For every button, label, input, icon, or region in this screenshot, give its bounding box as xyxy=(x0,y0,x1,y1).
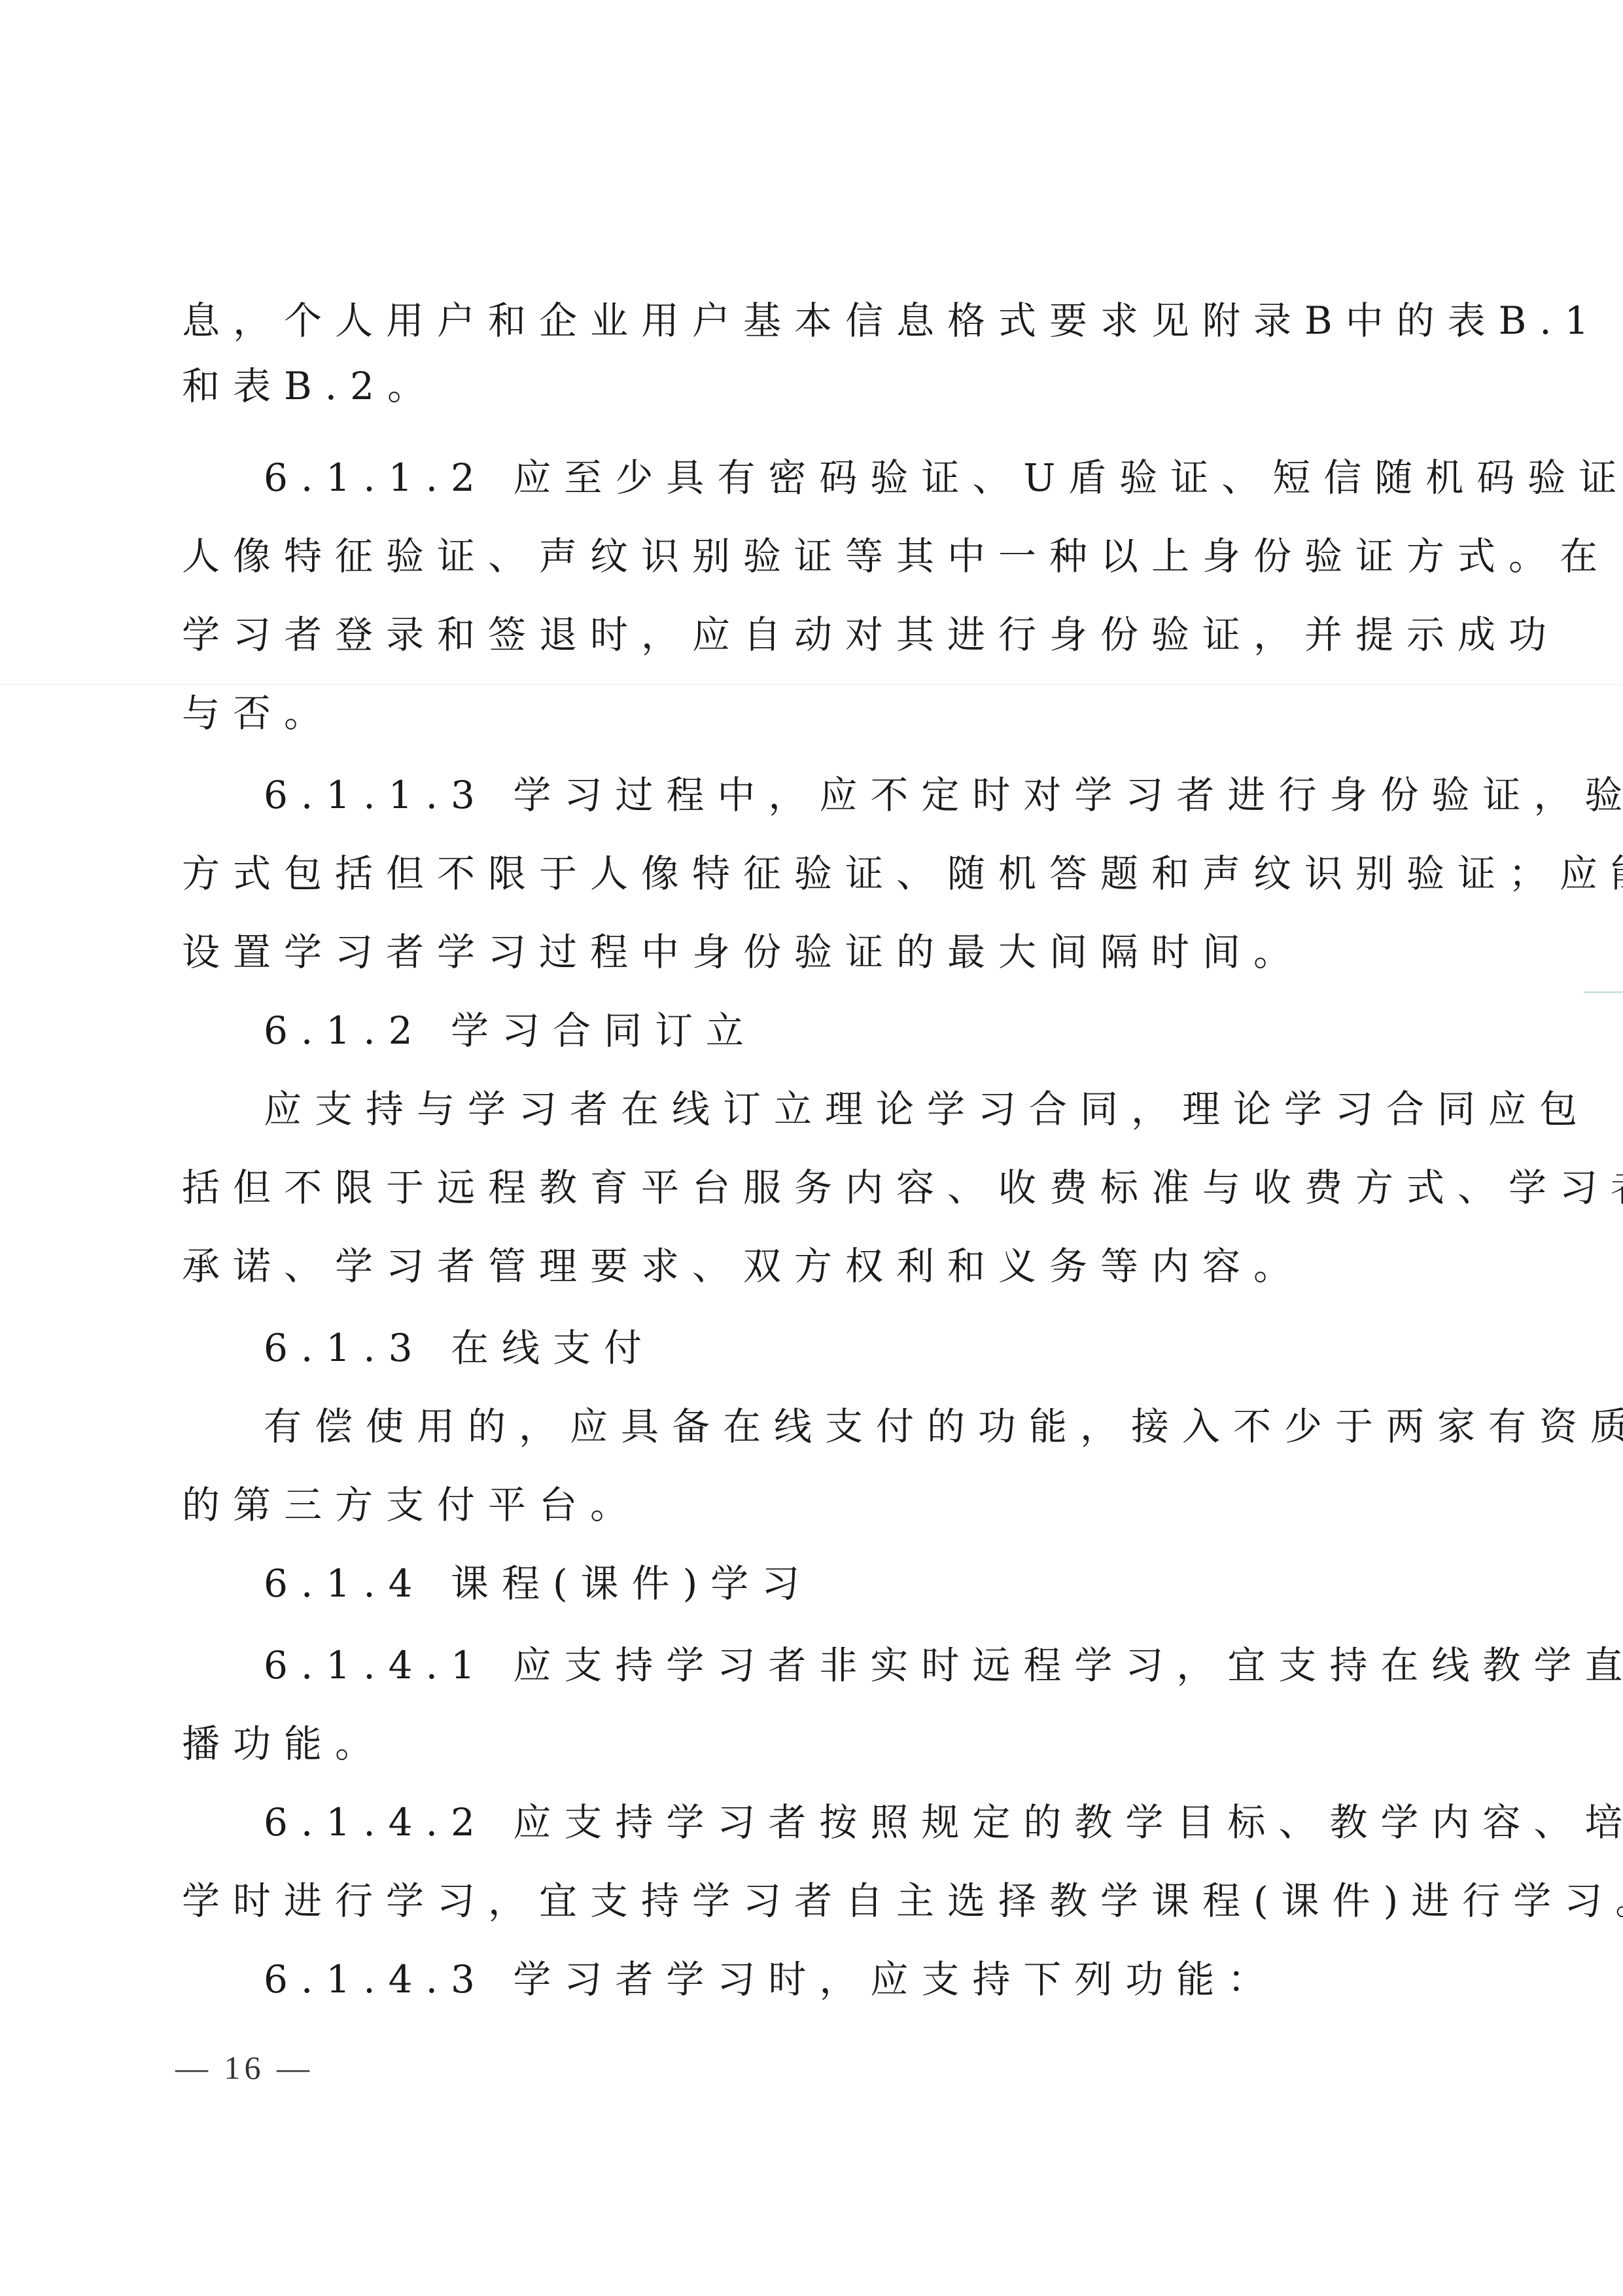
text-line: 学习者登录和签退时，应自动对其进行身份验证，并提示成功 xyxy=(182,602,1560,667)
clause-6-1-4-3: 6.1.4.3 学习者学习时，应支持下列功能： xyxy=(264,1947,1278,2012)
text-line: 方式包括但不限于人像特征验证、随机答题和声纹识别验证；应能 xyxy=(182,841,1623,906)
section-heading-6-1-2: 6.1.2 学习合同订立 xyxy=(264,998,757,1063)
text-line: 人像特征验证、声纹识别验证等其中一种以上身份验证方式。在 xyxy=(182,523,1611,589)
section-heading-6-1-3: 6.1.3 在线支付 xyxy=(264,1315,655,1381)
clause-6-1-4-2: 6.1.4.2 应支持学习者按照规定的教学目标、教学内容、培训 xyxy=(264,1790,1623,1855)
margin-mark xyxy=(1584,991,1623,993)
text-line: 承诺、学习者管理要求、双方权利和义务等内容。 xyxy=(182,1233,1304,1299)
clause-6-1-1-3: 6.1.1.3 学习过程中，应不定时对学习者进行身份验证，验证 xyxy=(264,762,1623,828)
text-line: 设置学习者学习过程中身份验证的最大间隔时间。 xyxy=(182,919,1304,985)
clause-6-1-1-2: 6.1.1.2 应至少具有密码验证、U盾验证、短信随机码验证和 xyxy=(264,445,1623,510)
text-line: 和表B.2。 xyxy=(182,353,438,419)
clause-6-1-4-1: 6.1.4.1 应支持学习者非实时远程学习，宜支持在线教学直 xyxy=(264,1633,1623,1698)
section-heading-6-1-4: 6.1.4 课程(课件)学习 xyxy=(264,1551,812,1616)
paragraph-start: 有偿使用的，应具备在线支付的功能，接入不少于两家有资质 xyxy=(264,1394,1623,1459)
text-line-continuation: 息，个人用户和企业用户基本信息格式要求见附录B中的表B.1 xyxy=(182,288,1602,353)
paragraph-start: 应支持与学习者在线订立理论学习合同，理论学习合同应包 xyxy=(264,1076,1590,1142)
page-number: — 16 — xyxy=(175,2041,313,2094)
text-line: 的第三方支付平台。 xyxy=(182,1472,641,1538)
text-line: 括但不限于远程教育平台服务内容、收费标准与收费方式、学习者 xyxy=(182,1155,1623,1220)
text-line: 与否。 xyxy=(182,680,335,746)
text-line: 学时进行学习，宜支持学习者自主选择教学课程(课件)进行学习。 xyxy=(182,1868,1623,1934)
text-line: 播功能。 xyxy=(182,1711,386,1776)
